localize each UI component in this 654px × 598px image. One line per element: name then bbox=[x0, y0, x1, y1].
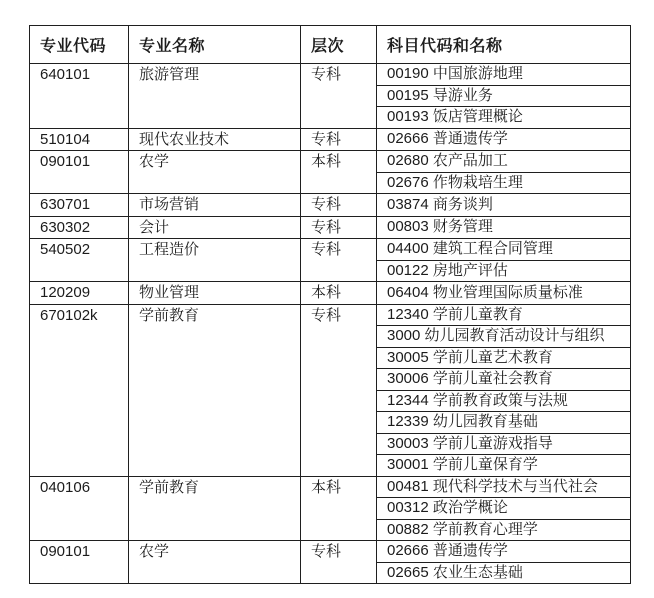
level-cell: 本科 bbox=[301, 476, 377, 541]
header-row: 专业代码 专业名称 层次 科目代码和名称 bbox=[30, 26, 631, 64]
level-cell: 本科 bbox=[301, 151, 377, 194]
header-major-name: 专业名称 bbox=[129, 26, 301, 64]
table-row: 090101农学专科02666 普通遗传学 bbox=[30, 541, 631, 563]
subject-cell: 30003 学前儿童游戏指导 bbox=[377, 433, 631, 455]
subject-cell: 06404 物业管理国际质量标准 bbox=[377, 282, 631, 305]
subject-cell: 00882 学前教育心理学 bbox=[377, 519, 631, 541]
header-subject-code-name: 科目代码和名称 bbox=[377, 26, 631, 64]
major-code-cell: 090101 bbox=[30, 541, 129, 584]
subject-cell: 00195 导游业务 bbox=[377, 85, 631, 107]
major-code-cell: 640101 bbox=[30, 64, 129, 129]
subject-cell: 00803 财务管理 bbox=[377, 216, 631, 239]
level-cell: 本科 bbox=[301, 282, 377, 305]
major-code-cell: 540502 bbox=[30, 239, 129, 282]
subject-cell: 00122 房地产评估 bbox=[377, 260, 631, 282]
level-cell: 专科 bbox=[301, 194, 377, 217]
major-code-cell: 670102k bbox=[30, 304, 129, 476]
major-name-cell: 市场营销 bbox=[129, 194, 301, 217]
table-row: 510104现代农业技术专科02666 普通遗传学 bbox=[30, 128, 631, 151]
subject-cell: 02676 作物栽培生理 bbox=[377, 172, 631, 194]
major-code-cell: 120209 bbox=[30, 282, 129, 305]
subject-cell: 02666 普通遗传学 bbox=[377, 128, 631, 151]
subject-cell: 12344 学前教育政策与法规 bbox=[377, 390, 631, 412]
major-code-cell: 090101 bbox=[30, 151, 129, 194]
subject-cell: 00481 现代科学技术与当代社会 bbox=[377, 476, 631, 498]
level-cell: 专科 bbox=[301, 239, 377, 282]
subject-cell: 30006 学前儿童社会教育 bbox=[377, 369, 631, 391]
table-row: 090101农学本科02680 农产品加工 bbox=[30, 151, 631, 173]
subject-cell: 02665 农业生态基础 bbox=[377, 562, 631, 584]
table-row: 670102k学前教育专科12340 学前儿童教育 bbox=[30, 304, 631, 326]
level-cell: 专科 bbox=[301, 304, 377, 476]
subject-cell: 30005 学前儿童艺术教育 bbox=[377, 347, 631, 369]
subject-cell: 02666 普通遗传学 bbox=[377, 541, 631, 563]
subject-table-body: 640101旅游管理专科00190 中国旅游地理00195 导游业务00193 … bbox=[30, 64, 631, 584]
header-major-code: 专业代码 bbox=[30, 26, 129, 64]
table-row: 040106学前教育本科00481 现代科学技术与当代社会 bbox=[30, 476, 631, 498]
level-cell: 专科 bbox=[301, 64, 377, 129]
major-name-cell: 学前教育 bbox=[129, 476, 301, 541]
subject-cell: 30001 学前儿童保育学 bbox=[377, 455, 631, 477]
major-code-cell: 630701 bbox=[30, 194, 129, 217]
level-cell: 专科 bbox=[301, 541, 377, 584]
level-cell: 专科 bbox=[301, 128, 377, 151]
header-level: 层次 bbox=[301, 26, 377, 64]
major-name-cell: 工程造价 bbox=[129, 239, 301, 282]
subject-cell: 04400 建筑工程合同管理 bbox=[377, 239, 631, 261]
subject-cell: 02680 农产品加工 bbox=[377, 151, 631, 173]
subject-cell: 00312 政治学概论 bbox=[377, 498, 631, 520]
major-name-cell: 现代农业技术 bbox=[129, 128, 301, 151]
major-code-cell: 510104 bbox=[30, 128, 129, 151]
major-name-cell: 会计 bbox=[129, 216, 301, 239]
major-name-cell: 学前教育 bbox=[129, 304, 301, 476]
subject-cell: 12340 学前儿童教育 bbox=[377, 304, 631, 326]
major-code-cell: 630302 bbox=[30, 216, 129, 239]
table-row: 630302会计专科00803 财务管理 bbox=[30, 216, 631, 239]
table-row: 120209物业管理本科06404 物业管理国际质量标准 bbox=[30, 282, 631, 305]
subject-cell: 03874 商务谈判 bbox=[377, 194, 631, 217]
major-code-cell: 040106 bbox=[30, 476, 129, 541]
table-row: 630701市场营销专科03874 商务谈判 bbox=[30, 194, 631, 217]
table-row: 640101旅游管理专科00190 中国旅游地理 bbox=[30, 64, 631, 86]
table-row: 540502工程造价专科04400 建筑工程合同管理 bbox=[30, 239, 631, 261]
major-name-cell: 物业管理 bbox=[129, 282, 301, 305]
subject-table: 专业代码 专业名称 层次 科目代码和名称 640101旅游管理专科00190 中… bbox=[29, 25, 631, 584]
major-name-cell: 农学 bbox=[129, 541, 301, 584]
subject-cell: 00193 饭店管理概论 bbox=[377, 107, 631, 129]
level-cell: 专科 bbox=[301, 216, 377, 239]
subject-cell: 3000 幼儿园教育活动设计与组织 bbox=[377, 326, 631, 348]
subject-cell: 12339 幼儿园教育基础 bbox=[377, 412, 631, 434]
major-name-cell: 农学 bbox=[129, 151, 301, 194]
subject-cell: 00190 中国旅游地理 bbox=[377, 64, 631, 86]
major-name-cell: 旅游管理 bbox=[129, 64, 301, 129]
